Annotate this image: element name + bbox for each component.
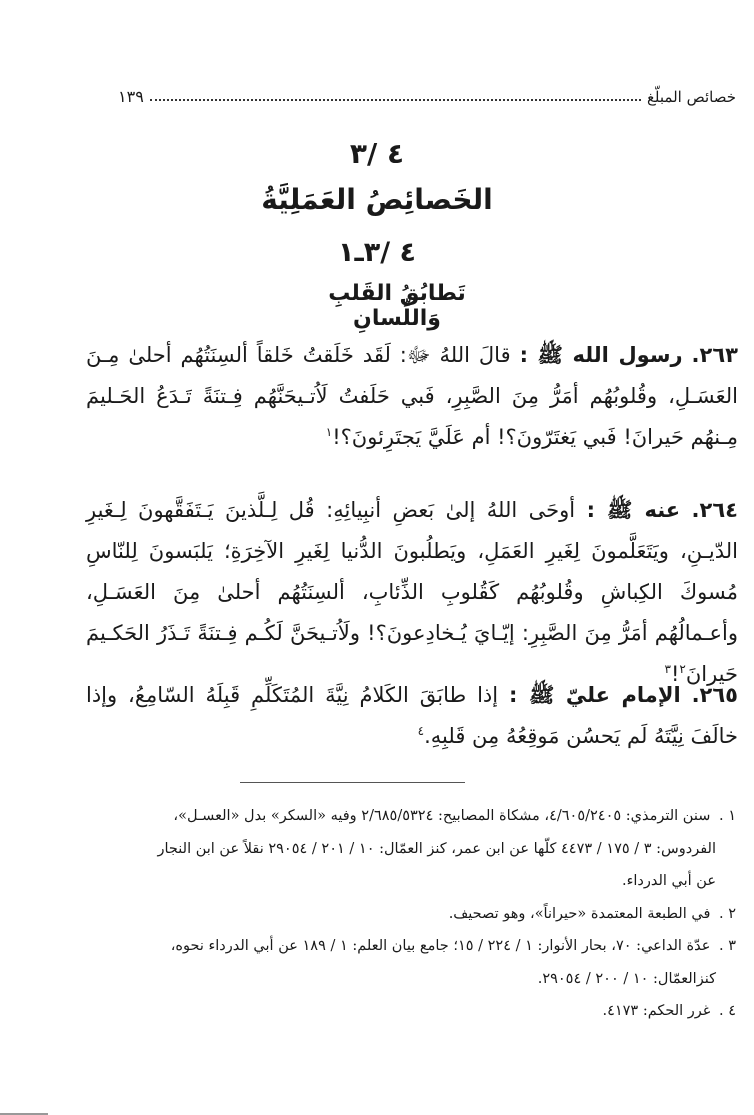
footnote-1-line-2: الفردوس: ٣ / ١٧٥ / ٤٤٧٣ كلّها عن ابن عمر… xyxy=(80,833,736,866)
section-title: الخَصائِصُ العَمَلِيَّةُ xyxy=(0,183,754,216)
footnote-text: عدّة الداعي: ٧٠، بحار الأنوار: ١ / ٢٢٤ /… xyxy=(171,938,711,954)
page-number: ١٣٩ xyxy=(118,87,144,106)
footnote-text: سنن الترمذي: ٤/٦٠٥/٢٤٠٥، مشكاة المصابيح:… xyxy=(173,808,710,824)
section-number: ٤ /٣ xyxy=(0,137,754,170)
footnote-mark: ٤ . xyxy=(719,1003,736,1019)
hadith-263: ٢٦٣. رسول الله ﷺ : قالَ اللهُ ﷻ: لَقَد خ… xyxy=(86,335,738,458)
footnote-mark: ٢ . xyxy=(719,906,736,922)
footnote-3-line-2: كنزالعمّال: ١٠ / ٢٠٠ / ٢٩٠٥٤. xyxy=(80,963,736,996)
footnote-mark: ٣ . xyxy=(719,938,736,954)
book-page: خصائص المبلّغ ١٣٩ ٤ /٣ الخَصائِصُ العَمَ… xyxy=(0,0,754,1115)
footnote-text: غرر الحكم: ٤١٧٣. xyxy=(602,1003,710,1019)
footnote-3: ٣ . عدّة الداعي: ٧٠، بحار الأنوار: ١ / ٢… xyxy=(80,930,736,963)
footnote-text: في الطبعة المعتمدة «حيراناً»، وهو تصحيف. xyxy=(449,906,711,922)
hadith-speaker: عنه ﷺ : xyxy=(587,498,681,522)
book-title: خصائص المبلّغ xyxy=(647,88,736,106)
hadith-speaker: رسول الله ﷺ : xyxy=(520,343,683,367)
footnote-1: ١ . سنن الترمذي: ٤/٦٠٥/٢٤٠٥، مشكاة المصا… xyxy=(80,800,736,833)
hadith-text: أوحَى اللهُ إلىٰ بَعضِ أنبِيائِهِ: قُل ل… xyxy=(86,498,738,686)
footnote-2: ٢ . في الطبعة المعتمدة «حيراناً»، وهو تص… xyxy=(80,898,736,931)
subsection-title: تَطابُقُ القَلبِ وَاللِّسانِ xyxy=(300,281,494,331)
subsection-number: ٤ /٣ـ١ xyxy=(0,237,754,268)
footnote-separator xyxy=(240,782,465,783)
footnote-4: ٤ . غرر الحكم: ٤١٧٣. xyxy=(80,995,736,1028)
footnote-mark: ١ . xyxy=(719,808,736,824)
footnotes: ١ . سنن الترمذي: ٤/٦٠٥/٢٤٠٥، مشكاة المصا… xyxy=(80,800,736,1028)
hadith-number: ٢٦٤. xyxy=(692,498,738,522)
running-header: خصائص المبلّغ ١٣٩ xyxy=(118,82,736,106)
hadith-265: ٢٦٥. الإمام عليّ ﷺ : إذا طابَقَ الكَلامُ… xyxy=(86,675,738,757)
footnote-1-line-3: عن أبي الدرداء. xyxy=(80,865,736,898)
hadith-number: ٢٦٣. xyxy=(692,343,738,367)
hadith-264: ٢٦٤. عنه ﷺ : أوحَى اللهُ إلىٰ بَعضِ أنبِ… xyxy=(86,490,738,695)
dot-leader xyxy=(150,98,641,101)
hadith-speaker: الإمام عليّ ﷺ : xyxy=(509,683,681,707)
hadith-number: ٢٦٥. xyxy=(692,683,738,707)
